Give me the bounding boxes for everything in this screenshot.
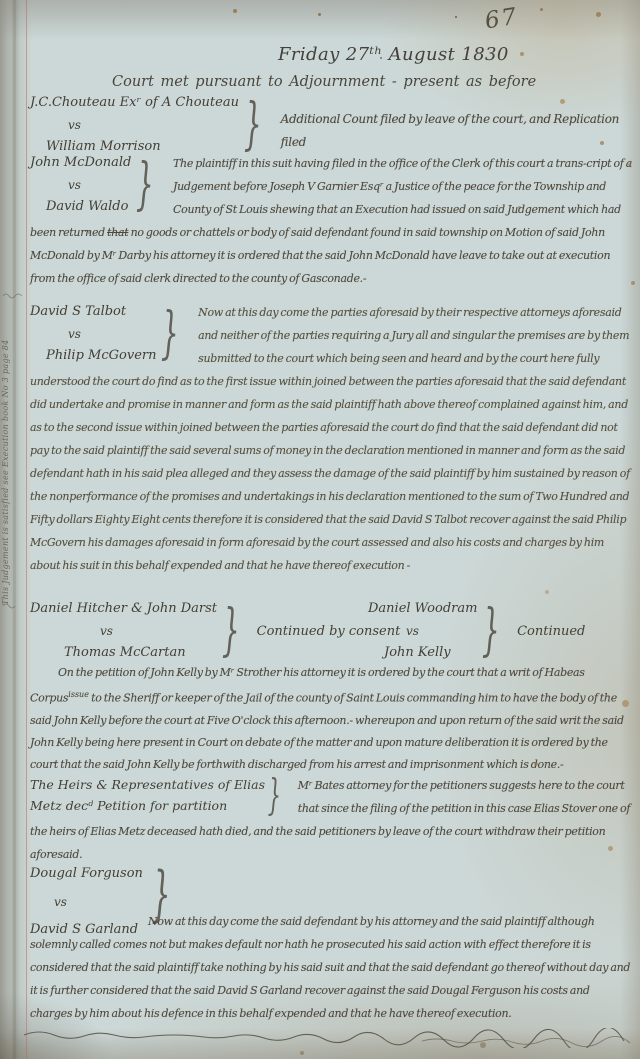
- case-entry-hitcher-v-mccartan: Daniel Hitcher & John Darst vs Thomas Mc…: [30, 598, 350, 664]
- foxing-spot: [540, 8, 543, 11]
- metz-partition-entry: The Heirs & Representatives of Elias Met…: [30, 774, 632, 866]
- defendant-name: David Waldo: [30, 196, 131, 218]
- date-heading: Friday 27ᵗʰ August 1830: [278, 44, 509, 65]
- foxing-spot: [622, 700, 629, 707]
- foxing-spot: [600, 141, 604, 145]
- case-entry-forguson-v-garland: Dougal Forguson vs David S Garland } Now…: [30, 860, 632, 1026]
- plaintiff-name: J.C.Chouteau Exʳ of A Chouteau: [30, 92, 239, 114]
- case-brace: }: [152, 864, 171, 924]
- case-brace: }: [482, 603, 500, 659]
- session-opening-line: Court met pursuant to Adjournment - pres…: [112, 74, 536, 90]
- defendant-name: John Kelly: [368, 642, 477, 664]
- case-brace: }: [268, 774, 281, 816]
- case-entry-mcdonald-v-waldo: John McDonald vs David Waldo } The plain…: [30, 152, 632, 290]
- petitioners-name-line2: Metz decᵈ Petition for partition: [30, 795, 265, 816]
- case-parties-block: Dougal Forguson vs David S Garland: [30, 860, 143, 944]
- foxing-spot: [631, 281, 635, 285]
- continued-cases-row: Daniel Hitcher & John Darst vs Thomas Mc…: [30, 598, 632, 664]
- plaintiff-name: Daniel Hitcher & John Darst: [30, 598, 217, 620]
- case-brace: }: [244, 97, 262, 153]
- plaintiff-name: John McDonald: [30, 152, 131, 174]
- foxing-spot: [534, 762, 538, 766]
- case-parties-block: J.C.Chouteau Exʳ of A Chouteau vs Willia…: [30, 92, 271, 158]
- wavy-divider-rule: [22, 1028, 634, 1048]
- foxing-spot: [300, 1051, 304, 1055]
- case-entry-chouteau-v-morrison: J.C.Chouteau Exʳ of A Chouteau vs Willia…: [30, 92, 632, 158]
- struck-word: that: [107, 226, 128, 239]
- foxing-spot: [560, 99, 565, 104]
- case-parties-block: John McDonald vs David Waldo }: [30, 152, 163, 218]
- defendant-name: David S Garland: [30, 916, 143, 944]
- case-parties-block: David S Talbot vs Philip McGovern }: [30, 301, 188, 367]
- case-parties-block: The Heirs & Representatives of Elias Met…: [30, 774, 288, 816]
- foxing-spot: [88, 231, 91, 234]
- order-text-part: to the Sheriff or keeper of the Jail of …: [30, 692, 624, 771]
- foxing-spot: [520, 52, 524, 56]
- margin-annotation: This Judgement is satisfied see Executio…: [1, 295, 14, 605]
- versus-label: vs: [30, 174, 131, 196]
- case-status-note: Continued: [517, 624, 585, 639]
- case-brace: }: [161, 306, 179, 362]
- versus-label: vs: [30, 620, 217, 642]
- foxing-spot: [518, 206, 521, 209]
- page-number: 67: [483, 4, 520, 35]
- case-entry-woodram-v-kelly: Daniel Woodram vs John Kelly } Continued: [368, 598, 585, 664]
- margin-scribble: [2, 600, 20, 610]
- foxing-spot: [628, 163, 631, 166]
- versus-label: vs: [368, 620, 477, 642]
- case-brace: }: [136, 157, 154, 213]
- case-entry-talbot-v-mcgovern: David S Talbot vs Philip McGovern } Now …: [30, 301, 632, 577]
- plaintiff-name: Daniel Woodram: [368, 598, 477, 620]
- foxing-spot: [545, 590, 549, 594]
- margin-scribble: [2, 290, 24, 300]
- foxing-spot: [480, 1042, 486, 1048]
- foxing-spot: [233, 9, 237, 13]
- foxing-spot: [380, 57, 382, 59]
- order-text: On the petition of John Kelly by Mʳ Stro…: [30, 662, 632, 776]
- foxing-spot: [455, 16, 457, 18]
- kelly-habeas-corpus-entry: On the petition of John Kelly by Mʳ Stro…: [30, 662, 632, 776]
- foxing-spot: [608, 846, 613, 851]
- margin-rule: [26, 0, 27, 1059]
- foxing-spot: [596, 12, 601, 17]
- petitioners-name-line1: The Heirs & Representatives of Elias: [30, 774, 265, 795]
- case-brace: }: [222, 603, 240, 659]
- court-record-page: 67 Friday 27ᵗʰ August 1830 Court met pur…: [0, 0, 640, 1059]
- versus-label: vs: [30, 323, 156, 345]
- interlined-word: issue: [68, 690, 89, 699]
- defendant-name: Philip McGovern: [30, 345, 156, 367]
- versus-label: vs: [30, 888, 143, 916]
- defendant-name: Thomas McCartan: [30, 642, 217, 664]
- plaintiff-name: Dougal Forguson: [30, 860, 143, 888]
- versus-label: vs: [30, 114, 239, 136]
- foxing-spot: [318, 13, 321, 16]
- plaintiff-name: David S Talbot: [30, 301, 156, 323]
